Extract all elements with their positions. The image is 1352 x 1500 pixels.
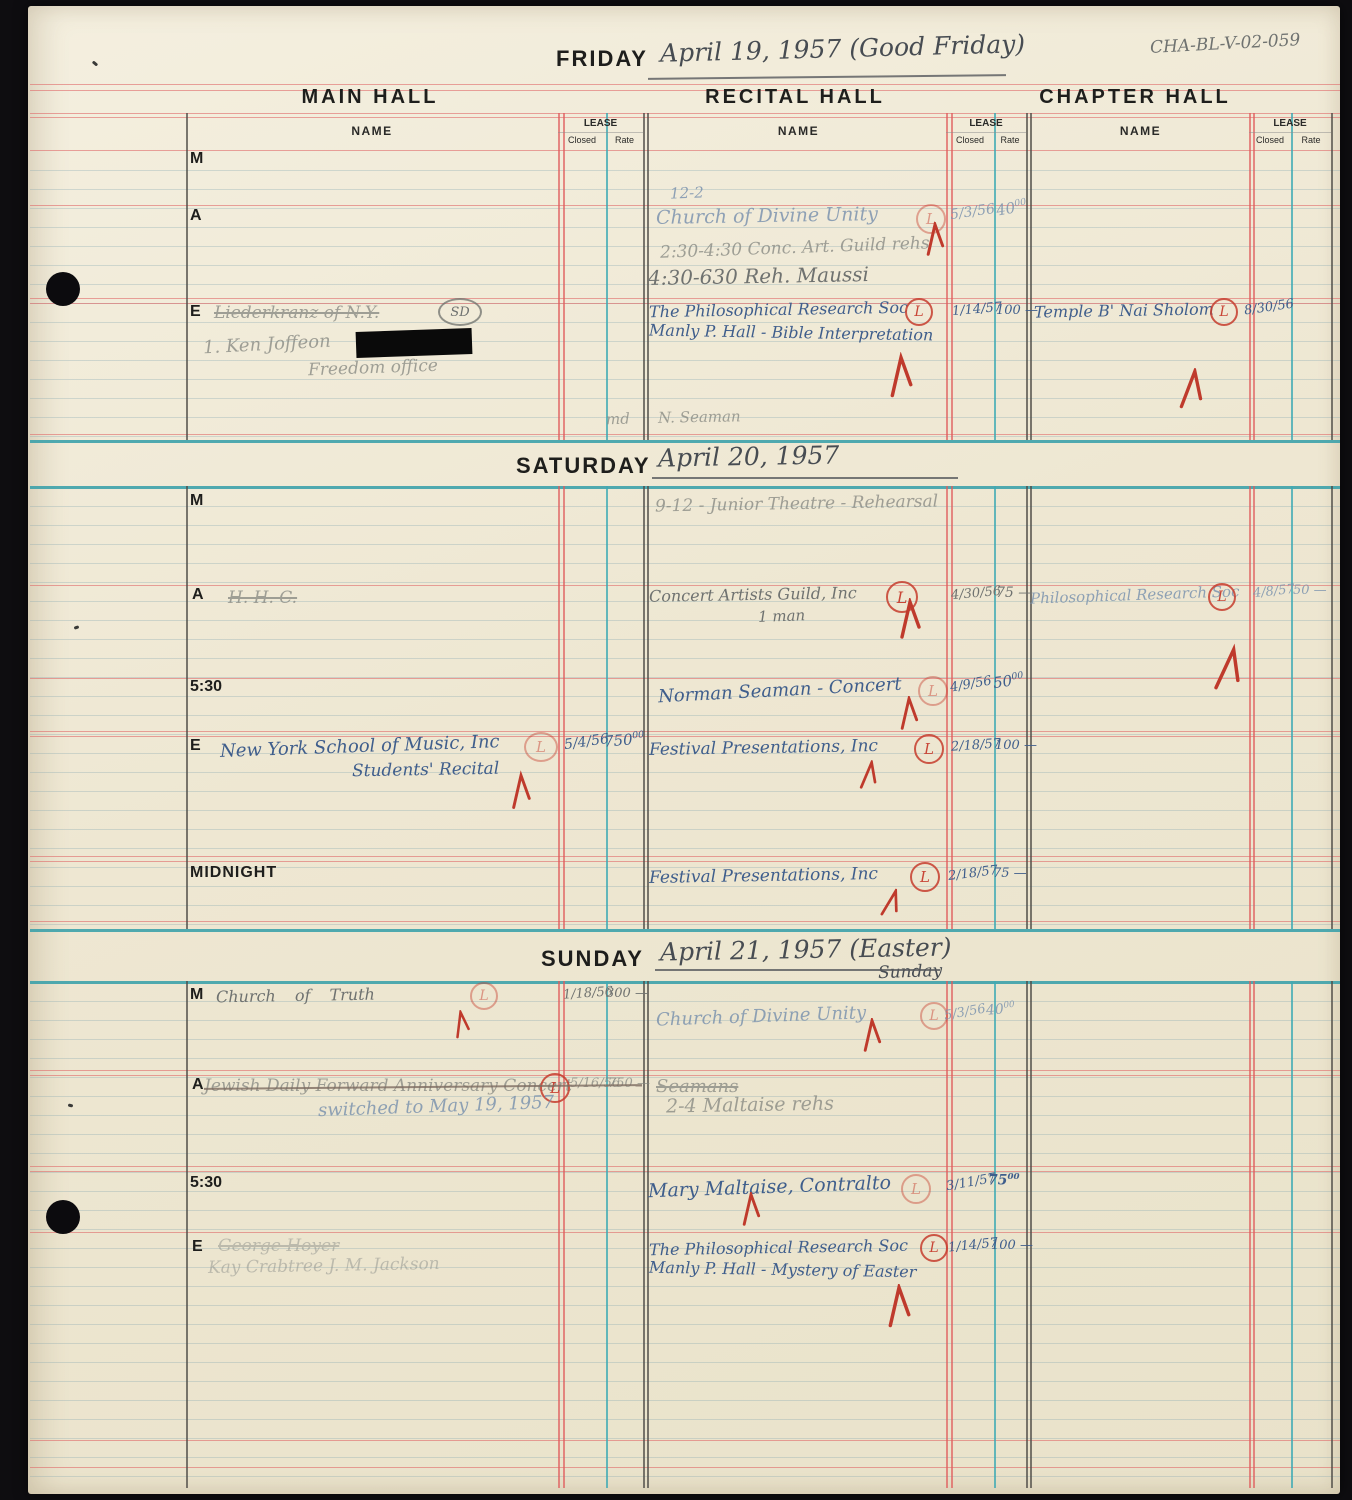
- saturday-day-label: SATURDAY: [516, 453, 651, 479]
- saturday-chapter-a-rate: 50 —: [1293, 583, 1327, 598]
- column-rule: [558, 113, 560, 440]
- ruled-line-red: [30, 150, 1340, 151]
- saturday-row-530: 5:30: [190, 678, 222, 696]
- column-rule: [1291, 981, 1293, 1488]
- column-rule: [951, 486, 953, 929]
- column-rule: [946, 981, 948, 1488]
- column-rule: [1253, 981, 1255, 1488]
- friday-row-a: A: [190, 207, 202, 225]
- red-check-arrow: [740, 1192, 762, 1231]
- column-rule: [606, 981, 608, 1488]
- saturday-main-e-rate: 75000: [603, 729, 645, 750]
- saturday-recital-a-name: Concert Artists Guild, Inc: [649, 583, 857, 606]
- friday-row-e: E: [190, 303, 201, 321]
- sunday-day-label: SUNDAY: [541, 946, 644, 972]
- friday-chapter-e-name: Temple B' Nai Sholom: [1034, 299, 1214, 321]
- saturday-recital-e-rate: 100 —: [995, 738, 1037, 753]
- column-rule: [186, 486, 188, 929]
- column-rule: [951, 981, 953, 1488]
- ruled-line-red: [30, 113, 1340, 114]
- column-rule: [186, 113, 188, 440]
- column-rule: [606, 113, 608, 440]
- saturday-date-handwritten: April 20, 1957: [658, 440, 840, 472]
- sunday-main-m-rate: 300 —: [606, 986, 648, 1001]
- main-hall-title: MAIN HALL: [250, 86, 490, 109]
- hole-punch: [46, 272, 80, 306]
- chapter-name-header: NAME: [1032, 124, 1249, 138]
- red-check-arrow: [448, 1009, 475, 1044]
- column-rule: [606, 486, 608, 929]
- column-rule: [1026, 113, 1028, 440]
- lease-header-rule: [946, 132, 1026, 133]
- saturday-main-e-note: Students' Recital: [352, 759, 500, 782]
- ruled-line-red: [30, 434, 1340, 435]
- lease-l-mark: L: [910, 862, 940, 892]
- ruled-line-red: [30, 731, 1340, 732]
- chapter-rate-header: Rate: [1291, 135, 1331, 145]
- friday-recital-a-time: 12-2: [670, 183, 704, 202]
- ruled-line-red: [30, 861, 1340, 862]
- column-rule: [1030, 486, 1032, 929]
- ruled-line-red: [30, 298, 1340, 299]
- ruled-line-red: [30, 1171, 1340, 1172]
- lease-l-mark: L: [920, 1234, 948, 1262]
- lease-l-mark: L: [1208, 583, 1236, 611]
- sunday-recital-a-note: 2-4 Maltaise rehs: [666, 1093, 834, 1118]
- lease-header-rule: [1249, 132, 1331, 133]
- column-rule: [951, 113, 953, 440]
- recital-lease-header: LEASE: [946, 118, 1026, 129]
- saturday-recital-midnight-rate: 75 —: [993, 866, 1027, 881]
- column-rule: [563, 981, 565, 1488]
- red-check-arrow: [860, 1018, 884, 1057]
- saturday-recital-a-note: 1 man: [758, 606, 806, 626]
- ruled-line-red: [30, 1070, 1340, 1071]
- sunday-recital-e-rate: 100 —: [991, 1238, 1033, 1253]
- ruled-lines-saturday: [30, 488, 1340, 929]
- friday-day-label: FRIDAY: [556, 46, 648, 72]
- lease-l-mark: L: [914, 734, 944, 764]
- saturday-row-midnight: MIDNIGHT: [190, 864, 277, 882]
- sunday-row-a: A: [192, 1076, 204, 1094]
- lease-l-mark: L: [470, 982, 498, 1010]
- column-rule: [1291, 486, 1293, 929]
- main-lease-header: LEASE: [558, 118, 643, 129]
- column-rule: [186, 981, 188, 1488]
- ruled-line-red: [30, 84, 1340, 85]
- column-rule: [1249, 981, 1251, 1488]
- ruled-line-red: [30, 736, 1340, 737]
- sunday-recital-530-rate: 7500: [988, 1172, 1020, 1189]
- lease-l-mark: L: [905, 298, 933, 326]
- saturday-row-a: A: [192, 586, 204, 604]
- recital-closed-header: Closed: [946, 135, 994, 145]
- ruled-line-red: [30, 678, 1340, 679]
- column-rule: [1291, 113, 1293, 440]
- sunday-main-e-name: George Hoyer: [218, 1236, 339, 1256]
- sunday-main-m-name: Church of Truth: [216, 985, 375, 1007]
- column-rule: [1249, 113, 1251, 440]
- column-rule: [946, 486, 948, 929]
- lease-l-mark: L: [524, 732, 558, 762]
- column-rule: [643, 486, 645, 929]
- friday-recital-e-rate: 100 —: [996, 303, 1038, 318]
- friday-main-e-name: Liederkranz of N.Y.: [214, 303, 379, 323]
- column-rule: [1026, 981, 1028, 1488]
- main-closed-header: Closed: [558, 135, 606, 145]
- saturday-main-a-name: H. H. C.: [228, 588, 297, 608]
- sunday-recital-m-rate: 4000: [985, 1000, 1015, 1019]
- ruled-line-red: [30, 117, 1340, 118]
- ruled-line-red: [30, 1440, 1340, 1441]
- sunday-main-e-note: Kay Crabtree J. M. Jackson: [208, 1254, 440, 1278]
- chapter-closed-header: Closed: [1249, 135, 1291, 145]
- column-rule: [558, 486, 560, 929]
- recital-hall-title: RECITAL HALL: [645, 86, 945, 109]
- lease-l-mark: L: [918, 676, 948, 706]
- ruled-line-red: [30, 856, 1340, 857]
- column-rule: [1026, 486, 1028, 929]
- column-rule: [946, 113, 948, 440]
- column-rule: [1253, 113, 1255, 440]
- sunday-date-handwritten-2: Sunday: [878, 961, 943, 983]
- section-divider-line: [30, 981, 1340, 984]
- ruled-line-red: [30, 1166, 1340, 1167]
- sd-mark: SD: [438, 298, 482, 326]
- date-underline: [655, 969, 940, 971]
- chapter-lease-header: LEASE: [1249, 118, 1331, 129]
- friday-recital-a-name: Church of Divine Unity: [656, 203, 878, 229]
- column-rule: [563, 113, 565, 440]
- section-divider-line: [30, 486, 1340, 489]
- redaction-bar: [356, 328, 473, 358]
- red-check-arrow: [886, 1284, 912, 1333]
- main-name-header: NAME: [186, 124, 558, 138]
- column-rule: [1253, 486, 1255, 929]
- saturday-recital-a-rate: 75 —: [996, 585, 1032, 601]
- column-rule: [1331, 981, 1333, 1488]
- red-check-arrow: [898, 696, 920, 735]
- date-underline: [652, 477, 958, 479]
- red-check-arrow: [898, 598, 922, 645]
- friday-recital-a-note2: 4:30-630 Reh. Maussi: [648, 262, 869, 290]
- sunday-row-m: M: [190, 986, 203, 1004]
- sunday-row-530: 5:30: [190, 1174, 222, 1192]
- sunday-row-e: E: [192, 1238, 203, 1256]
- ruled-line-red: [30, 1232, 1340, 1233]
- column-rule: [1331, 113, 1333, 440]
- column-rule: [647, 981, 649, 1488]
- column-rule: [643, 981, 645, 1488]
- main-rate-header: Rate: [606, 135, 643, 145]
- red-check-arrow: [510, 770, 532, 817]
- saturday-row-e: E: [190, 737, 201, 755]
- lease-header-rule: [558, 132, 643, 133]
- column-rule: [647, 486, 649, 929]
- lease-l-mark: L: [1210, 298, 1238, 326]
- column-rule: [1331, 486, 1333, 929]
- column-rule: [563, 486, 565, 929]
- hole-punch: [46, 1200, 80, 1234]
- saturday-recital-midnight-name: Festival Presentations, Inc: [649, 864, 878, 888]
- recital-name-header: NAME: [651, 124, 946, 138]
- saturday-recital-e-name: Festival Presentations, Inc: [649, 736, 878, 760]
- column-rule: [1030, 981, 1032, 1488]
- red-check-arrow: [888, 352, 914, 405]
- column-rule: [643, 113, 645, 440]
- column-rule: [1249, 486, 1251, 929]
- section-divider-line: [30, 929, 1340, 932]
- column-rule: [1030, 113, 1032, 440]
- ruled-line-red: [30, 1467, 1340, 1468]
- recital-rate-header: Rate: [994, 135, 1026, 145]
- saturday-row-m: M: [190, 492, 203, 510]
- lease-l-mark: L: [901, 1174, 931, 1204]
- friday-footer-note-2: N. Seaman: [658, 407, 741, 426]
- chapter-hall-title: CHAPTER HALL: [1005, 86, 1265, 109]
- column-rule: [994, 113, 996, 440]
- ledger-page-scan: CHA-BL-V-02-059 FRIDAY April 19, 1957 (G…: [0, 0, 1352, 1500]
- friday-footer-note-1: md: [606, 410, 630, 429]
- friday-row-m: M: [190, 150, 203, 168]
- ruled-line-red: [30, 921, 1340, 922]
- column-rule: [558, 981, 560, 1488]
